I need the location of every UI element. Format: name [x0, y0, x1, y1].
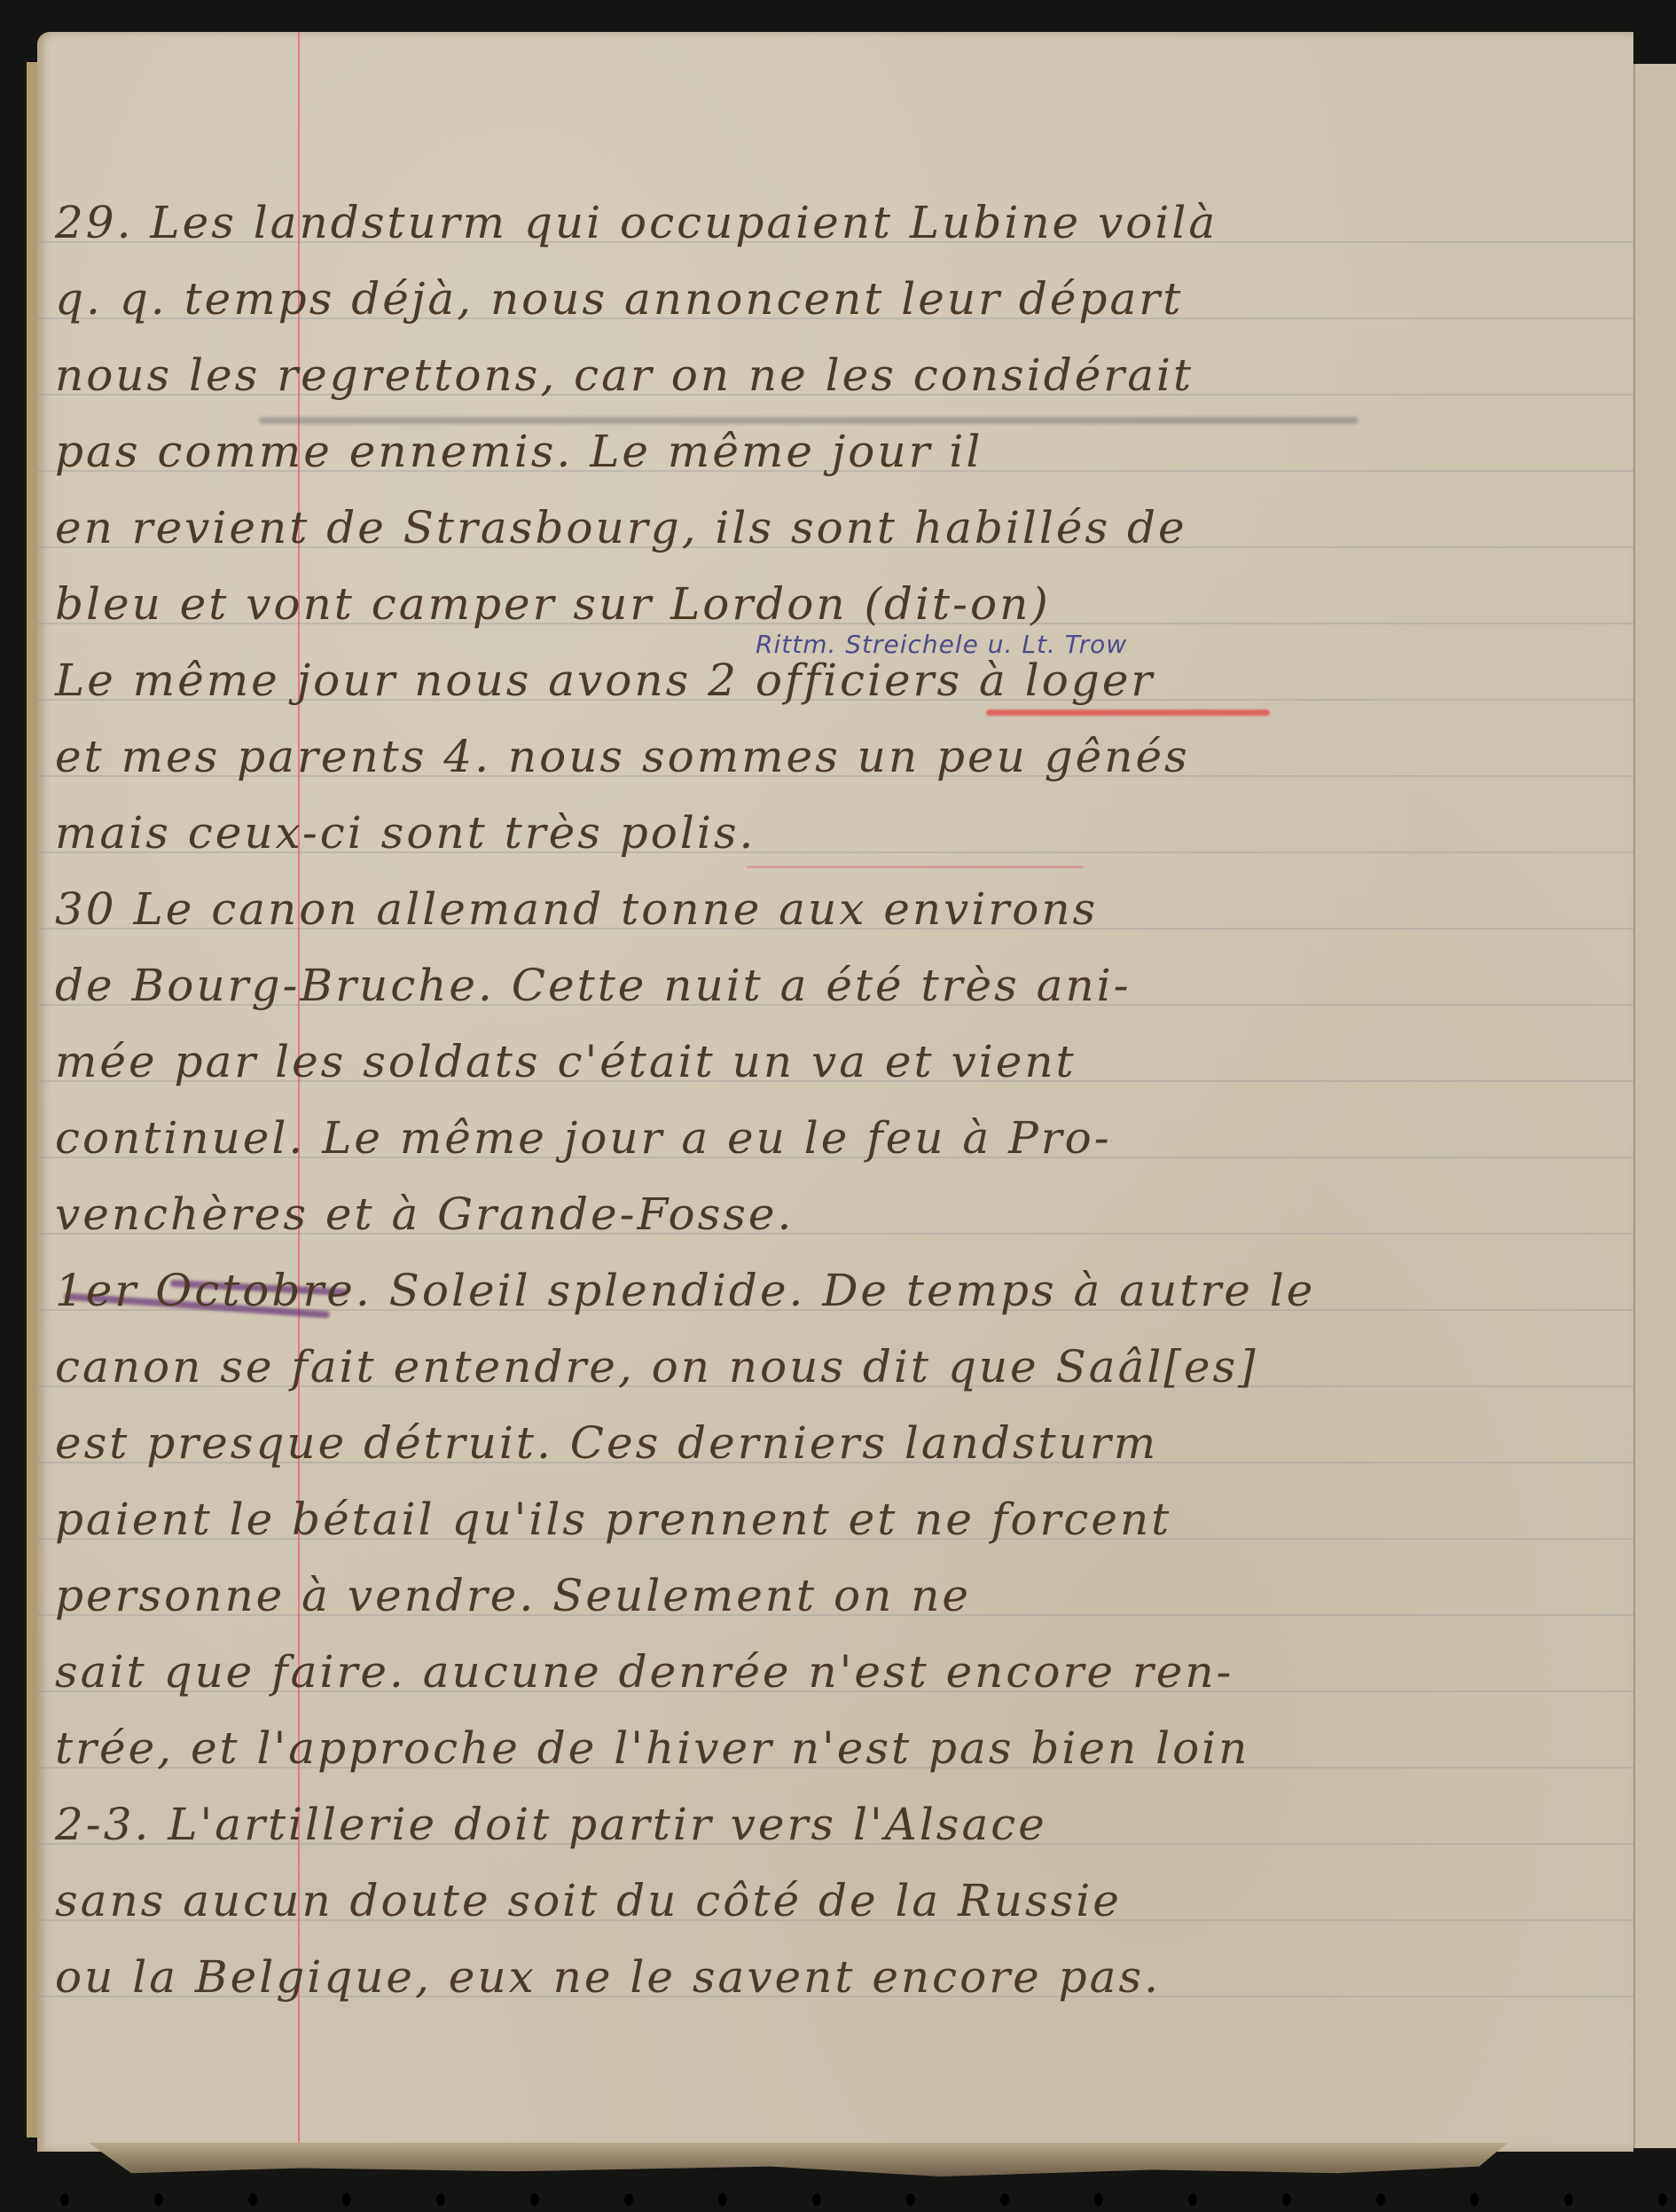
- diary-line: venchères et à Grande-Fosse.: [55, 1192, 1633, 1236]
- diary-line: 2-3. L'artillerie doit partir vers l'Als…: [55, 1802, 1633, 1847]
- diary-line: personne à vendre. Seulement on ne: [55, 1573, 1633, 1618]
- diary-line: sait que faire. aucune denrée n'est enco…: [55, 1650, 1633, 1694]
- diary-line: mais ceux-ci sont très polis.: [55, 811, 1633, 855]
- worn-bottom-edge: [89, 2143, 1508, 2177]
- diary-line: canon se fait entendre, on nous dit que …: [55, 1345, 1633, 1389]
- diary-line: continuel. Le même jour a eu le feu à Pr…: [55, 1116, 1633, 1160]
- diary-line: nous les regrettons, car on ne les consi…: [55, 353, 1633, 397]
- diary-line: de Bourg-Bruche. Cette nuit a été très a…: [55, 963, 1633, 1008]
- diary-line: en revient de Strasbourg, ils sont habil…: [55, 506, 1633, 550]
- next-page-edge: [1633, 64, 1676, 2148]
- diary-line: q. q. temps déjà, nous annoncent leur dé…: [55, 277, 1633, 321]
- red-pencil-underline: [986, 710, 1270, 716]
- diary-line: bleu et vont camper sur Lordon (dit-on): [55, 582, 1633, 626]
- diary-line: trée, et l'approche de l'hiver n'est pas…: [55, 1726, 1633, 1770]
- grey-pencil-underline: [259, 417, 1359, 424]
- diary-line: et mes parents 4. nous sommes un peu gên…: [55, 734, 1633, 779]
- diary-line: est presque détruit. Ces derniers landst…: [55, 1421, 1633, 1465]
- red-pencil-faint-underline: [747, 866, 1084, 868]
- diary-line: sans aucun doute soit du côté de la Russ…: [55, 1879, 1633, 1923]
- diary-line: 30 Le canon allemand tonne aux environs: [55, 887, 1633, 931]
- binding-holes: [18, 2191, 1676, 2208]
- diary-line: Le même jour nous avons 2 officiers à lo…: [55, 658, 1633, 702]
- diary-page: Rittm. Streichele u. Lt. Trow 29. Les la…: [37, 32, 1633, 2152]
- diary-line: 1er Octobre. Soleil splendide. De temps …: [55, 1268, 1633, 1313]
- diary-line: ou la Belgique, eux ne le savent encore …: [55, 1955, 1633, 1999]
- diary-line: mée par les soldats c'était un va et vie…: [55, 1039, 1633, 1084]
- diary-line: 29. Les landsturm qui occupaient Lubine …: [55, 200, 1633, 245]
- diary-line: pas comme ennemis. Le même jour il: [55, 429, 1633, 474]
- diary-line: paient le bétail qu'ils prennent et ne f…: [55, 1497, 1633, 1541]
